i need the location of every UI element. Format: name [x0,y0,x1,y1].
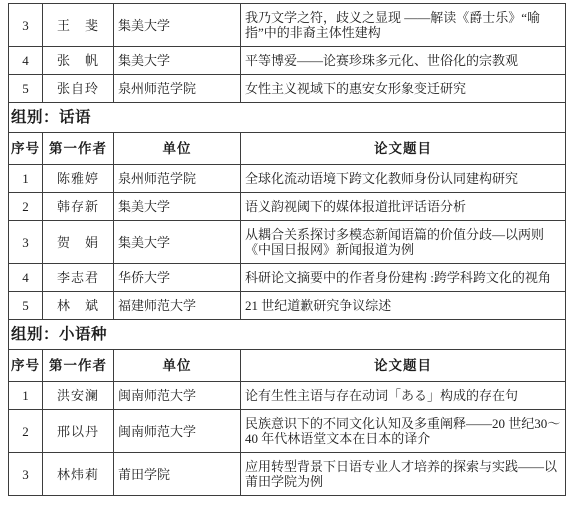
affiliation: 泉州师范学院 [114,165,241,193]
author-name: 洪安澜 [43,382,114,410]
affiliation: 华侨大学 [114,264,241,292]
affiliation: 集美大学 [114,4,241,47]
affiliation: 集美大学 [114,47,241,75]
group-label: 组别：小语种 [9,320,566,350]
col-header-title: 论文题目 [241,133,566,165]
row-number: 4 [9,47,43,75]
col-header-title: 论文题目 [241,350,566,382]
col-header-no: 序号 [9,133,43,165]
col-header-affiliation: 单位 [114,133,241,165]
table-header-row: 序号 第一作者 单位 论文题目 [9,350,566,382]
affiliation: 莆田学院 [114,453,241,496]
row-number: 5 [9,75,43,103]
row-number: 2 [9,193,43,221]
table-row: 4 张 帆 集美大学 平等博爱——论赛珍珠多元化、世俗化的宗教观 [9,47,566,75]
col-header-no: 序号 [9,350,43,382]
table-row: 5 林 斌 福建师范大学 21 世纪道歉研究争议综述 [9,292,566,320]
affiliation: 集美大学 [114,193,241,221]
author-name: 张 帆 [43,47,114,75]
author-name: 林 斌 [43,292,114,320]
row-number: 3 [9,4,43,47]
table-row: 3 贺 娟 集美大学 从耦合关系探讨多模态新闻语篇的价值分歧—以两则《中国日报网… [9,221,566,264]
row-number: 3 [9,221,43,264]
table-row: 3 王 斐 集美大学 我乃文学之符，歧义之显现 ——解读《爵士乐》“喻指”中的非… [9,4,566,47]
paper-title: 全球化流动语境下跨文化教师身份认同建构研究 [241,165,566,193]
table-row: 2 韩存新 集美大学 语义韵视阈下的媒体报道批评话语分析 [9,193,566,221]
author-name: 林炜莉 [43,453,114,496]
paper-title: 从耦合关系探讨多模态新闻语篇的价值分歧—以两则《中国日报网》新闻报道为例 [241,221,566,264]
affiliation: 闽南师范大学 [114,382,241,410]
document-page: 3 王 斐 集美大学 我乃文学之符，歧义之显现 ——解读《爵士乐》“喻指”中的非… [0,0,571,496]
paper-title: 平等博爱——论赛珍珠多元化、世俗化的宗教观 [241,47,566,75]
affiliation: 泉州师范学院 [114,75,241,103]
affiliation: 闽南师范大学 [114,410,241,453]
paper-title: 语义韵视阈下的媒体报道批评话语分析 [241,193,566,221]
affiliation: 福建师范大学 [114,292,241,320]
section-group-row: 组别：小语种 [9,320,566,350]
author-name: 邢以丹 [43,410,114,453]
paper-title: 论有生性主语与存在动词「ある」构成的存在句 [241,382,566,410]
table-row: 1 洪安澜 闽南师范大学 论有生性主语与存在动词「ある」构成的存在句 [9,382,566,410]
table-row: 4 李志君 华侨大学 科研论文摘要中的作者身份建构 :跨学科跨文化的视角 [9,264,566,292]
author-name: 韩存新 [43,193,114,221]
table-row: 5 张自玲 泉州师范学院 女性主义视域下的惠安女形象变迁研究 [9,75,566,103]
author-name: 王 斐 [43,4,114,47]
col-header-author: 第一作者 [43,133,114,165]
table-row: 3 林炜莉 莆田学院 应用转型背景下日语专业人才培养的探索与实践——以莆田学院为… [9,453,566,496]
table-row: 2 邢以丹 闽南师范大学 民族意识下的不同文化认知及多重阐释——20 世纪30～… [9,410,566,453]
table-header-row: 序号 第一作者 单位 论文题目 [9,133,566,165]
col-header-affiliation: 单位 [114,350,241,382]
table-row: 1 陈雅婷 泉州师范学院 全球化流动语境下跨文化教师身份认同建构研究 [9,165,566,193]
papers-table: 3 王 斐 集美大学 我乃文学之符，歧义之显现 ——解读《爵士乐》“喻指”中的非… [8,3,566,496]
row-number: 4 [9,264,43,292]
paper-title: 民族意识下的不同文化认知及多重阐释——20 世纪30～40 年代林语堂文本在日本… [241,410,566,453]
row-number: 5 [9,292,43,320]
row-number: 2 [9,410,43,453]
author-name: 张自玲 [43,75,114,103]
section-group-row: 组别：话语 [9,103,566,133]
group-label: 组别：话语 [9,103,566,133]
author-name: 陈雅婷 [43,165,114,193]
row-number: 3 [9,453,43,496]
col-header-author: 第一作者 [43,350,114,382]
paper-title: 应用转型背景下日语专业人才培养的探索与实践——以莆田学院为例 [241,453,566,496]
paper-title: 女性主义视域下的惠安女形象变迁研究 [241,75,566,103]
row-number: 1 [9,165,43,193]
author-name: 贺 娟 [43,221,114,264]
paper-title: 我乃文学之符，歧义之显现 ——解读《爵士乐》“喻指”中的非裔主体性建构 [241,4,566,47]
paper-title: 科研论文摘要中的作者身份建构 :跨学科跨文化的视角 [241,264,566,292]
row-number: 1 [9,382,43,410]
affiliation: 集美大学 [114,221,241,264]
author-name: 李志君 [43,264,114,292]
paper-title: 21 世纪道歉研究争议综述 [241,292,566,320]
